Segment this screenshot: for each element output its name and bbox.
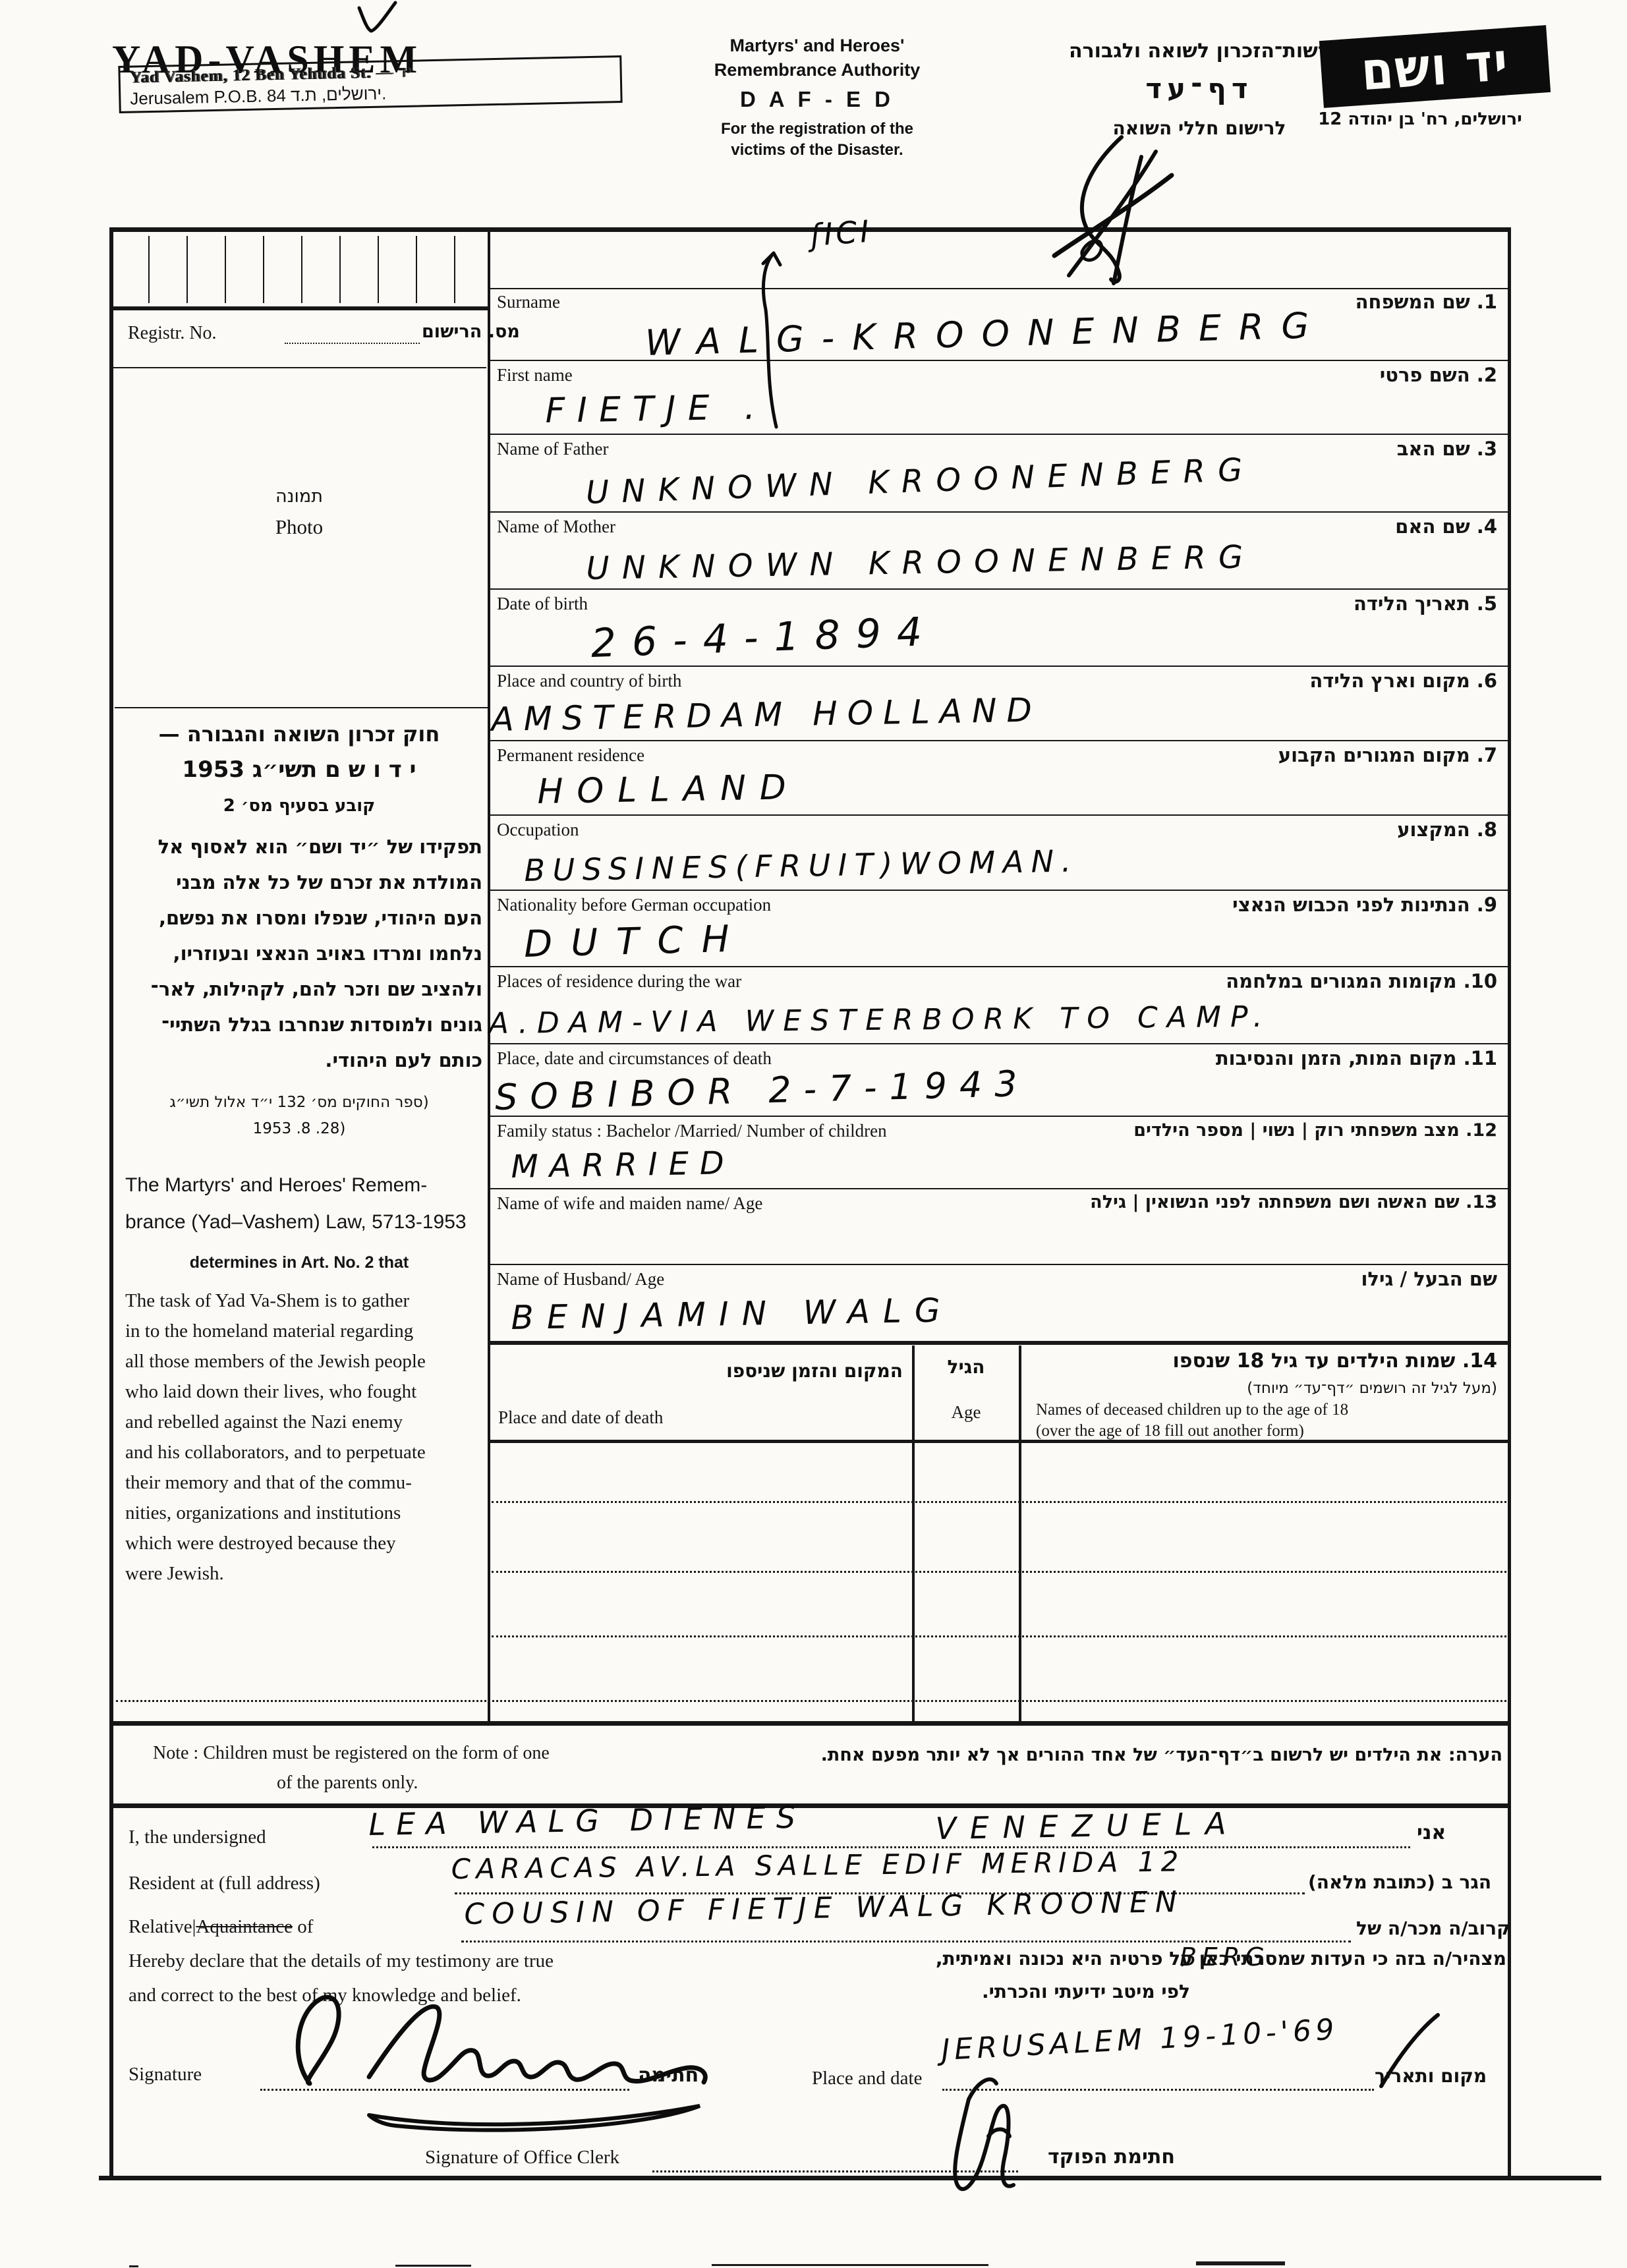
- scan-artifacts: [0, 0, 1627, 2268]
- testimony-page: YAD-VASHEM Yad Vashem, 12 Ben Yehuda St.…: [0, 0, 1627, 2268]
- edge-artifact-4: [1196, 2261, 1285, 2265]
- edge-artifact-2: [395, 2265, 471, 2267]
- edge-artifact-1: [129, 2265, 138, 2267]
- edge-artifact-3: [712, 2264, 988, 2266]
- surname-annotation-mark: ʃICI: [809, 213, 873, 253]
